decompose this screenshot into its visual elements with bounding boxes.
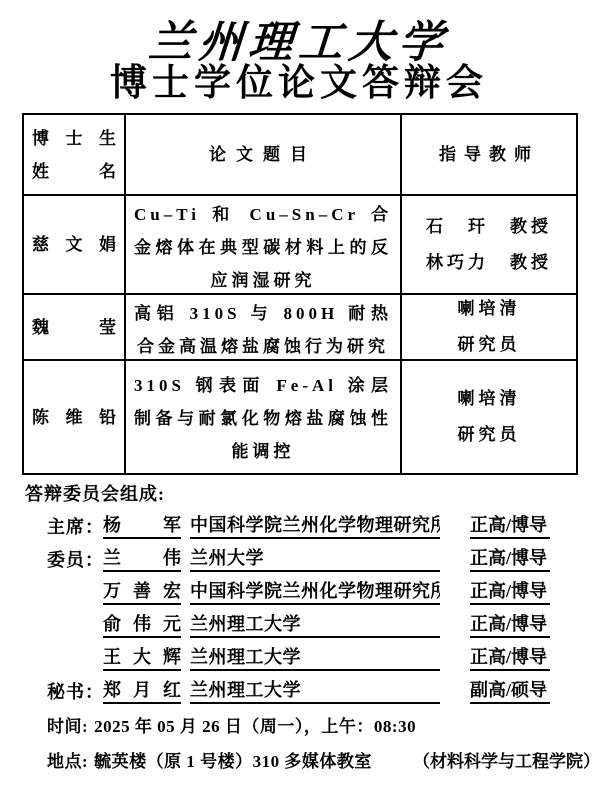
role-label: 秘书： <box>47 678 105 704</box>
defense-table: 博士生 姓 名 论文题目 指导教师 慈文娟 Cu–Ti 和 Cu–Sn–Cr 合… <box>22 113 578 475</box>
table-header-student: 博士生 姓 名 <box>24 115 126 196</box>
table-header-thesis: 论文题目 <box>126 115 402 196</box>
thesis-title: 310S 钢表面 Fe-Al 涂层制备与耐氯化物熔盐腐蚀性能调控 <box>134 369 392 468</box>
committee-row: 主席： 杨 军 中国科学院兰州化学物理研究所 正高/博导 <box>0 512 598 539</box>
document-title: 博士学位论文答辩会 <box>0 52 598 106</box>
member-affiliation: 兰州理工大学 <box>190 610 440 638</box>
college-note: （材料科学与工程学院） <box>413 747 598 772</box>
advisor-line: 研究员 <box>458 327 521 363</box>
student-name: 陈维铅 <box>32 401 116 434</box>
time-line: 时间:2025 年 05 月 26 日（周一），上午：08:30 <box>47 712 416 737</box>
member-rank: 正高/博导 <box>470 511 550 539</box>
header-student-line1: 博士生 <box>32 122 116 155</box>
member-rank: 副高/硕导 <box>470 676 550 704</box>
member-rank: 正高/博导 <box>470 544 550 572</box>
member-rank: 正高/博导 <box>470 610 550 638</box>
advisor-line: 喇培清 <box>458 291 521 327</box>
advisor-line: 石 玕 教授 <box>426 209 552 245</box>
member-affiliation: 兰州大学 <box>190 544 440 572</box>
member-name: 郑月红 <box>103 676 181 704</box>
header-student-line2: 姓 名 <box>32 155 116 188</box>
time-label: 时间: <box>47 717 88 736</box>
member-affiliation: 兰州理工大学 <box>190 676 440 704</box>
committee-row: 俞伟元 兰州理工大学 正高/博导 <box>0 611 598 638</box>
member-rank: 正高/博导 <box>470 643 550 671</box>
role-label: 委员： <box>47 546 105 572</box>
table-header-advisor: 指导教师 <box>402 115 576 196</box>
defense-announcement-page: 兰州理工大学 博士学位论文答辩会 博士生 姓 名 论文题目 指导教师 慈文娟 C… <box>0 0 598 795</box>
member-name: 王大辉 <box>103 643 181 671</box>
committee-row: 万善宏 中国科学院兰州化学物理研究所 正高/博导 <box>0 578 598 605</box>
advisor-cell: 石 玕 教授 林巧力 教授 <box>402 196 576 295</box>
student-name: 慈文娟 <box>32 228 116 261</box>
venue-label: 地点: <box>47 752 88 771</box>
thesis-title-cell: 高铝 310S 与 800H 耐热合金高温熔盐腐蚀行为研究 <box>126 295 402 361</box>
member-rank: 正高/博导 <box>470 577 550 605</box>
member-name: 俞伟元 <box>103 610 181 638</box>
member-name: 万善宏 <box>103 577 181 605</box>
thesis-title: 高铝 310S 与 800H 耐热合金高温熔盐腐蚀行为研究 <box>134 297 392 363</box>
student-name-cell: 慈文娟 <box>24 196 126 295</box>
student-name: 魏 莹 <box>32 311 116 344</box>
member-name: 杨 军 <box>103 511 181 539</box>
student-name-cell: 魏 莹 <box>24 295 126 361</box>
committee-row: 委员： 兰 伟 兰州大学 正高/博导 <box>0 545 598 572</box>
member-name: 兰 伟 <box>103 544 181 572</box>
thesis-title-cell: 310S 钢表面 Fe-Al 涂层制备与耐氯化物熔盐腐蚀性能调控 <box>126 361 402 473</box>
advisor-line: 研究员 <box>458 417 521 453</box>
student-name-cell: 陈维铅 <box>24 361 126 473</box>
advisor-line: 喇培清 <box>458 381 521 417</box>
role-label: 主席： <box>47 513 105 539</box>
time-value: 2025 年 05 月 26 日（周一），上午：08:30 <box>94 717 416 736</box>
venue-value: 毓英楼（原 1 号楼）310 多媒体教室 <box>94 752 372 771</box>
thesis-title-cell: Cu–Ti 和 Cu–Sn–Cr 合金熔体在典型碳材料上的反应润湿研究 <box>126 196 402 295</box>
advisor-cell: 喇培清 研究员 <box>402 361 576 473</box>
advisor-line: 林巧力 教授 <box>426 245 552 281</box>
advisor-cell: 喇培清 研究员 <box>402 295 576 361</box>
member-affiliation: 中国科学院兰州化学物理研究所 <box>190 577 440 605</box>
venue-line: 地点:毓英楼（原 1 号楼）310 多媒体教室 <box>47 747 372 772</box>
thesis-title: Cu–Ti 和 Cu–Sn–Cr 合金熔体在典型碳材料上的反应润湿研究 <box>134 198 392 297</box>
committee-row: 王大辉 兰州理工大学 正高/博导 <box>0 644 598 671</box>
member-affiliation: 兰州理工大学 <box>190 643 440 671</box>
member-affiliation: 中国科学院兰州化学物理研究所 <box>190 511 440 539</box>
committee-row: 秘书： 郑月红 兰州理工大学 副高/硕导 <box>0 677 598 704</box>
committee-heading: 答辩委员会组成: <box>25 480 165 506</box>
